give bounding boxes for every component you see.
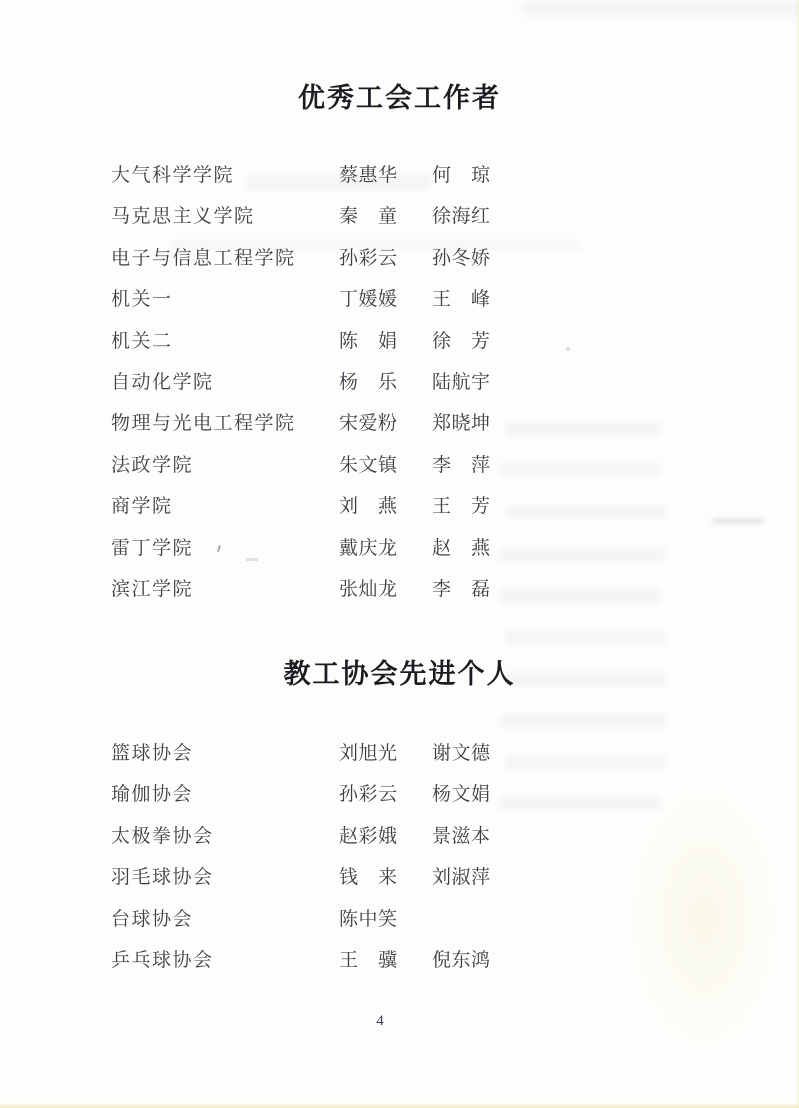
scan-artifact bbox=[505, 422, 660, 437]
scan-artifact bbox=[500, 589, 660, 603]
scan-artifact bbox=[500, 714, 665, 728]
awardee-2: 王 峰 bbox=[432, 287, 769, 313]
scan-artifact bbox=[246, 558, 258, 561]
unit-name: 雷丁学院 bbox=[111, 536, 339, 562]
award-row: 法政学院 朱文镇 李 萍 bbox=[111, 453, 769, 494]
scan-artifact bbox=[0, 1103, 799, 1108]
awardee-1: 戴庆龙 bbox=[339, 536, 432, 562]
awardee-1: 刘旭光 bbox=[339, 741, 432, 767]
unit-name: 法政学院 bbox=[111, 453, 339, 479]
unit-name: 瑜伽协会 bbox=[111, 782, 339, 808]
awardee-1: 孙彩云 bbox=[339, 782, 432, 808]
awardee-2: 陆航宇 bbox=[432, 370, 769, 396]
awardee-1: 赵彩娥 bbox=[339, 824, 432, 850]
scan-artifact bbox=[520, 0, 799, 16]
awardee-1: 王 骥 bbox=[339, 948, 432, 974]
award-row: 雷丁学院 戴庆龙 赵 燕 bbox=[111, 536, 769, 577]
unit-name: 马克思主义学院 bbox=[111, 204, 339, 230]
awardee-1: 秦 童 bbox=[339, 204, 432, 230]
section-title-excellent-union-workers: 优秀工会工作者 bbox=[0, 76, 799, 115]
scanned-document-page: { "document": { "page_number": "4", "sec… bbox=[0, 0, 799, 1108]
award-row: 商学院 刘 燕 王 芳 bbox=[111, 494, 769, 535]
award-row: 机关一 丁媛媛 王 峰 bbox=[111, 287, 769, 328]
unit-name: 自动化学院 bbox=[111, 370, 339, 396]
unit-name: 篮球协会 bbox=[111, 741, 339, 767]
award-row: 滨江学院 张灿龙 李 磊 bbox=[111, 577, 769, 618]
scan-artifact bbox=[505, 631, 665, 645]
scan-artifact bbox=[505, 505, 665, 519]
award-row: 物理与光电工程学院 宋爱粉 郑晓坤 bbox=[111, 411, 769, 452]
awardee-1: 宋爱粉 bbox=[339, 411, 432, 437]
awardee-1: 陈 娟 bbox=[339, 329, 432, 355]
unit-name: 乒乓球协会 bbox=[111, 948, 339, 974]
scan-artifact bbox=[170, 240, 580, 251]
awardee-1: 丁媛媛 bbox=[339, 287, 432, 313]
unit-name: 机关一 bbox=[111, 287, 339, 313]
awardee-1: 陈中笑 bbox=[339, 907, 432, 933]
awardee-2: 徐海红 bbox=[432, 204, 769, 230]
unit-name: 羽毛球协会 bbox=[111, 865, 339, 891]
awardee-1: 张灿龙 bbox=[339, 577, 432, 603]
awardee-2: 何 琼 bbox=[432, 163, 769, 189]
unit-name: 机关二 bbox=[111, 329, 339, 355]
unit-name: 物理与光电工程学院 bbox=[111, 411, 339, 437]
award-row: 篮球协会 刘旭光 谢文德 bbox=[111, 741, 769, 782]
section-title-staff-association-advanced-individuals: 教工协会先进个人 bbox=[0, 652, 799, 691]
awardee-1: 钱 来 bbox=[339, 865, 432, 891]
award-list-excellent-union-workers: 大气科学学院 蔡惠华 何 琼 马克思主义学院 秦 童 徐海红 电子与信息工程学院… bbox=[111, 163, 769, 618]
awardee-1: 刘 燕 bbox=[339, 494, 432, 520]
scan-artifact bbox=[505, 755, 665, 769]
scan-artifact bbox=[566, 347, 570, 351]
unit-name: 滨江学院 bbox=[111, 577, 339, 603]
scan-artifact bbox=[795, 0, 799, 1108]
awardee-1: 杨 乐 bbox=[339, 370, 432, 396]
scan-artifact bbox=[712, 518, 764, 524]
award-row: 大气科学学院 蔡惠华 何 琼 bbox=[111, 163, 769, 204]
unit-name: 太极拳协会 bbox=[111, 824, 339, 850]
scan-artifact bbox=[245, 175, 430, 190]
scan-artifact bbox=[500, 547, 665, 562]
awardee-2: 徐 芳 bbox=[432, 329, 769, 355]
unit-name: 台球协会 bbox=[111, 907, 339, 933]
award-row: 电子与信息工程学院 孙彩云 孙冬娇 bbox=[111, 246, 769, 287]
scan-artifact bbox=[629, 788, 779, 1048]
unit-name: 商学院 bbox=[111, 494, 339, 520]
awardee-1: 朱文镇 bbox=[339, 453, 432, 479]
award-row: 机关二 陈 娟 徐 芳 bbox=[111, 329, 769, 370]
scan-artifact bbox=[500, 463, 660, 477]
scan-artifact bbox=[505, 672, 665, 687]
document-page: 优秀工会工作者 大气科学学院 蔡惠华 何 琼 马克思主义学院 秦 童 徐海红 电… bbox=[0, 0, 799, 1108]
award-row: 自动化学院 杨 乐 陆航宇 bbox=[111, 370, 769, 411]
